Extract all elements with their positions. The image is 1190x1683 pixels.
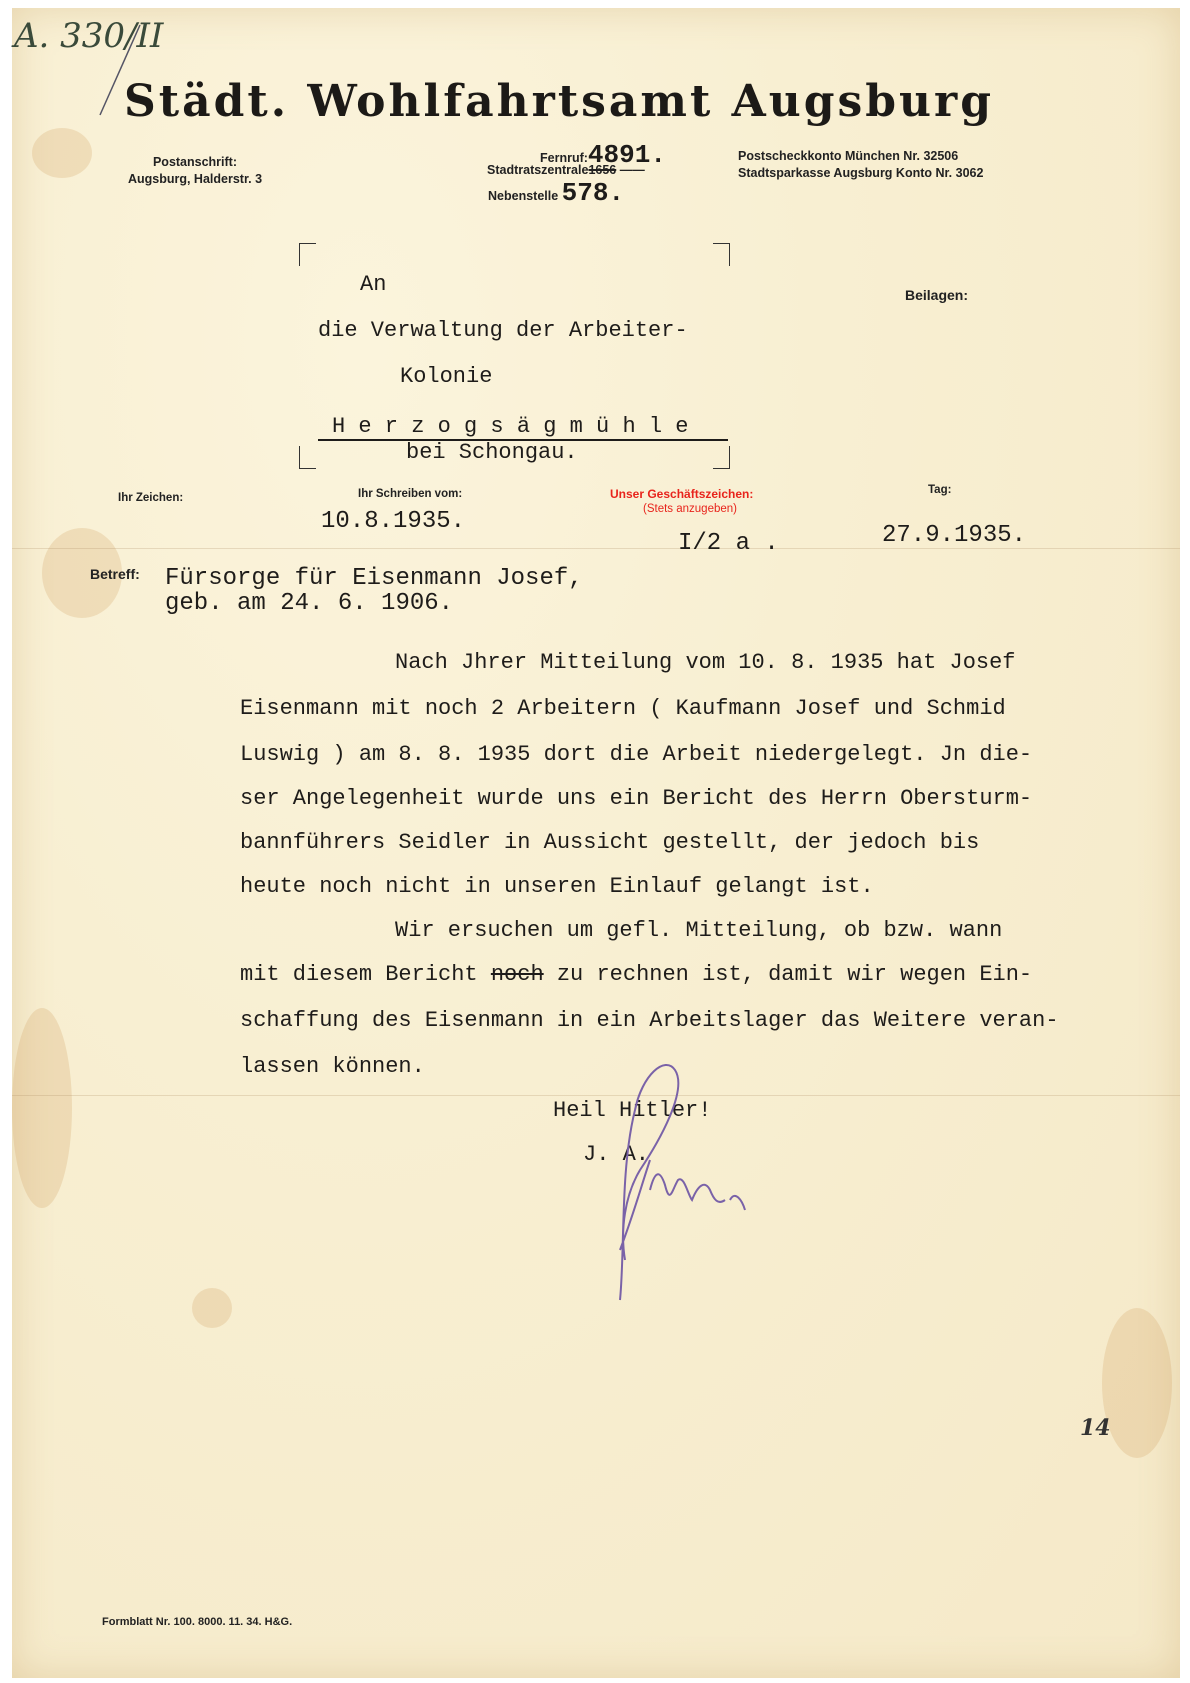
- subject-line-1: Fürsorge für Eisenmann Josef,: [165, 565, 583, 592]
- body-line: Eisenmann mit noch 2 Arbeitern ( Kaufman…: [240, 696, 1006, 721]
- window-corner-bottom-right: [713, 446, 730, 469]
- handwritten-page-number: 14: [1080, 1415, 1111, 1441]
- letter-date: 27.9.1935.: [882, 522, 1026, 549]
- postal-address: Augsburg, Halderstr. 3: [120, 171, 270, 188]
- form-number: Formblatt Nr. 100. 8000. 11. 34. H&G.: [102, 1616, 292, 1628]
- body-line: Luswig ) am 8. 8. 1935 dort die Arbeit n…: [240, 742, 1032, 767]
- body-text: mit diesem Bericht: [240, 962, 491, 987]
- postal-label: Postanschrift:: [120, 154, 270, 171]
- body-line: heute noch nicht in unseren Einlauf gela…: [240, 874, 874, 899]
- stain: [32, 128, 92, 178]
- postal-address-block: Postanschrift: Augsburg, Halderstr. 3: [120, 154, 270, 188]
- your-ref-label: Ihr Zeichen:: [118, 492, 183, 504]
- bank-line-postscheck: Postscheckkonto München Nr. 32506: [738, 148, 983, 165]
- address-line-place: H e r z o g s ä g m ü h l e: [318, 414, 728, 441]
- body-line: bannführers Seidler in Aussicht gestellt…: [240, 830, 979, 855]
- stain: [1102, 1308, 1172, 1458]
- our-ref-note: (Stets anzugeben): [643, 503, 737, 515]
- body-line: ser Angelegenheit wurde uns ein Bericht …: [240, 786, 1032, 811]
- extension-number: 578.: [562, 178, 624, 208]
- exchange-line: Stadtratszentrale1656 ——: [487, 163, 645, 177]
- body-line: schaffung des Eisenmann in ein Arbeitsla…: [240, 1008, 1059, 1033]
- address-line-town: bei Schongau.: [406, 440, 578, 465]
- extension-label: Nebenstelle: [488, 189, 558, 203]
- signature-icon: [580, 1050, 770, 1310]
- address-line-recipient: die Verwaltung der Arbeiter-: [318, 318, 688, 343]
- struck-word: noch: [491, 962, 544, 987]
- extension-line: Nebenstelle 578.: [488, 178, 624, 208]
- enclosures-label: Beilagen:: [905, 287, 968, 303]
- subject-line-2: geb. am 24. 6. 1906.: [165, 590, 453, 617]
- body-line: Nach Jhrer Mitteilung vom 10. 8. 1935 ha…: [395, 650, 1016, 675]
- window-corner-top-left: [299, 243, 316, 266]
- body-line: Wir ersuchen um gefl. Mitteilung, ob bzw…: [395, 918, 1002, 943]
- address-line-kolonie: Kolonie: [400, 364, 492, 389]
- address-line-an: An: [360, 272, 386, 297]
- body-line: lassen können.: [240, 1054, 425, 1079]
- bank-details: Postscheckkonto München Nr. 32506 Stadts…: [738, 148, 983, 182]
- window-corner-top-right: [713, 243, 730, 266]
- body-text: zu rechnen ist, damit wir wegen Ein-: [544, 962, 1032, 987]
- date-label: Tag:: [928, 484, 951, 496]
- your-letter-label: Ihr Schreiben vom:: [358, 488, 462, 500]
- stain: [12, 1008, 72, 1208]
- our-ref-value: I/2 a .: [678, 530, 779, 557]
- exchange-label: Stadtratszentrale: [487, 163, 588, 177]
- letterhead-title: Städt. Wohlfahrtsamt Augsburg: [124, 76, 994, 127]
- subject-label: Betreff:: [90, 566, 140, 582]
- body-line-with-strike: mit diesem Bericht noch zu rechnen ist, …: [240, 962, 1032, 987]
- bank-line-sparkasse: Stadtsparkasse Augsburg Konto Nr. 3062: [738, 165, 983, 182]
- exchange-struck: 1656: [588, 163, 616, 177]
- stain: [192, 1288, 232, 1328]
- your-letter-date: 10.8.1935.: [321, 508, 465, 535]
- window-corner-bottom-left: [299, 446, 316, 469]
- our-ref-label: Unser Geschäftszeichen:: [610, 487, 753, 501]
